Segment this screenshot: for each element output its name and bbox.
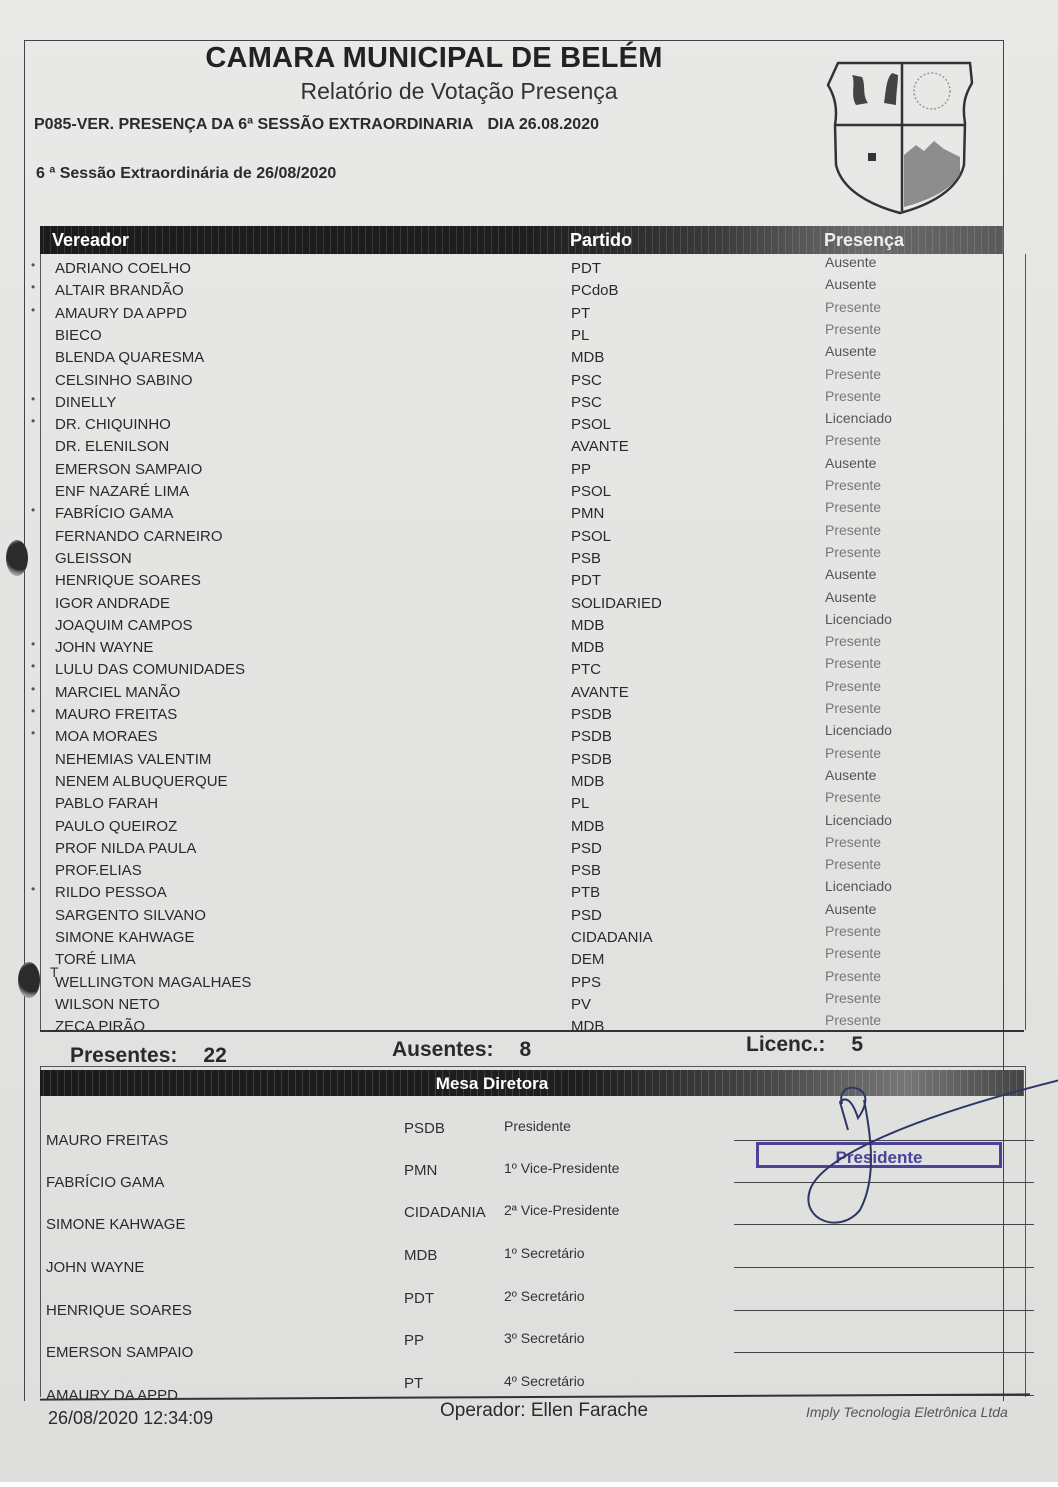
presence-status: Presente [825, 990, 881, 1006]
presence-status: Presente [825, 655, 881, 671]
vereador-name: BIECO [55, 327, 102, 344]
vereador-party: PSOL [571, 483, 611, 500]
column-header-presenca: Presença [824, 230, 904, 251]
member-party: PP [404, 1332, 424, 1349]
member-name: JOHN WAYNE [46, 1259, 144, 1276]
presence-status: Presente [825, 299, 881, 315]
row-marker: • [31, 503, 35, 517]
member-role: 3º Secretário [504, 1330, 585, 1346]
presence-status: Ausente [825, 589, 876, 605]
table-row: BIECOPLPresente [41, 325, 1025, 347]
print-datetime: 26/08/2020 12:34:09 [48, 1408, 213, 1429]
vereador-party: PCdoB [571, 282, 619, 299]
vereador-name: NENEM ALBUQUERQUE [55, 773, 228, 790]
presence-status: Presente [825, 477, 881, 493]
member-name: EMERSON SAMPAIO [46, 1344, 193, 1361]
table-row: DR. ELENILSONAVANTEPresente [41, 436, 1025, 458]
row-marker: • [31, 392, 35, 406]
mesa-member-row: HENRIQUE SOARESPDT2º Secretário [40, 1288, 1030, 1328]
column-header-vereador: Vereador [52, 230, 129, 251]
vereador-name: HENRIQUE SOARES [55, 572, 201, 589]
vereador-name: SARGENTO SILVANO [55, 907, 206, 924]
operator-name: Operador: Ellen Farache [440, 1400, 648, 1422]
presence-status: Licenciado [825, 722, 892, 738]
vereador-name: SIMONE KAHWAGE [55, 929, 194, 946]
vereador-party: AVANTE [571, 438, 629, 455]
vereador-name: BLENDA QUARESMA [55, 349, 204, 366]
vereador-party: PSDB [571, 751, 612, 768]
member-name: FABRÍCIO GAMA [46, 1174, 164, 1191]
member-party: PMN [404, 1162, 437, 1179]
vereador-name: JOAQUIM CAMPOS [55, 617, 193, 634]
totals-divider [40, 1030, 1024, 1032]
mesa-diretora-title: Mesa Diretora [436, 1074, 548, 1093]
page-title: CAMARA MUNICIPAL DE BELÉM [0, 42, 868, 75]
vereador-party: PDT [571, 572, 601, 589]
vereador-party: MDB [571, 349, 604, 366]
presentes-value: 22 [203, 1044, 226, 1067]
vereador-name: NEHEMIAS VALENTIM [55, 751, 211, 768]
margin-mark: T [50, 964, 59, 980]
vereador-name: ZECA PIRÃO [55, 1018, 145, 1035]
vereador-party: PSB [571, 550, 601, 567]
signature-line [734, 1267, 1034, 1268]
presence-status: Presente [825, 522, 881, 538]
vereador-name: DR. ELENILSON [55, 438, 169, 455]
vereador-party: MDB [571, 818, 604, 835]
member-party: PDT [404, 1290, 434, 1307]
presence-status: Presente [825, 745, 881, 761]
table-row: HENRIQUE SOARESPDTAusente [41, 570, 1025, 592]
punch-hole-icon [18, 962, 40, 998]
presence-status: Presente [825, 700, 881, 716]
row-marker: • [31, 682, 35, 696]
vereador-party: PP [571, 461, 591, 478]
vereador-name: RILDO PESSOA [55, 884, 167, 901]
row-marker: • [31, 414, 35, 428]
total-ausentes: Ausentes:8 [392, 1038, 531, 1062]
row-marker: • [31, 280, 35, 294]
member-name: MAURO FREITAS [46, 1132, 168, 1149]
vereador-name: DR. CHIQUINHO [55, 416, 171, 433]
presence-status: Presente [825, 923, 881, 939]
vereador-party: PV [571, 996, 591, 1013]
vereador-party: DEM [571, 951, 604, 968]
member-role: Presidente [504, 1118, 571, 1134]
presence-status: Presente [825, 633, 881, 649]
total-presentes: Presentes:22 [70, 1044, 227, 1068]
vereador-party: PSOL [571, 416, 611, 433]
session-day: DIA 26.08.2020 [488, 116, 599, 133]
vereador-party: PSC [571, 372, 602, 389]
vereador-party: MDB [571, 617, 604, 634]
row-marker: • [31, 726, 35, 740]
vereador-name: ENF NAZARÉ LIMA [55, 483, 189, 500]
member-role: 1º Secretário [504, 1245, 585, 1261]
member-name: HENRIQUE SOARES [46, 1302, 192, 1319]
software-company: Imply Tecnologia Eletrônica Ltda [806, 1404, 1008, 1420]
member-role: 2ª Vice-Presidente [504, 1202, 619, 1218]
vereador-name: WELLINGTON MAGALHAES [55, 974, 251, 991]
presence-status: Ausente [825, 901, 876, 917]
vereador-name: PROF.ELIAS [55, 862, 142, 879]
ausentes-label: Ausentes: [392, 1038, 494, 1061]
city-crest-icon [820, 45, 980, 215]
vereador-name: MAURO FREITAS [55, 706, 177, 723]
presence-status: Ausente [825, 254, 876, 270]
vereador-name: PROF NILDA PAULA [55, 840, 196, 857]
vereador-party: PT [571, 305, 590, 322]
vereador-party: PSOL [571, 528, 611, 545]
presence-status: Licenciado [825, 611, 892, 627]
vereador-party: AVANTE [571, 684, 629, 701]
session-name: 6 ª Sessão Extraordinária de 26/08/2020 [36, 165, 336, 183]
table-row: GLEISSONPSBPresente [41, 548, 1025, 570]
presence-status: Presente [825, 678, 881, 694]
vereador-name: CELSINHO SABINO [55, 372, 193, 389]
member-party: MDB [404, 1247, 437, 1264]
row-marker: • [31, 303, 35, 317]
vereador-party: PL [571, 795, 589, 812]
member-role: 1º Vice-Presidente [504, 1160, 619, 1176]
presence-status: Presente [825, 834, 881, 850]
licenc-label: Licenc.: [746, 1033, 825, 1056]
presence-status: Ausente [825, 455, 876, 471]
vereador-name: JOHN WAYNE [55, 639, 153, 656]
vereador-name: MARCIEL MANÃO [55, 684, 180, 701]
session-code: P085-VER. PRESENÇA DA 6ª SESSÃO EXTRAORD… [34, 116, 474, 133]
vereador-name: PABLO FARAH [55, 795, 158, 812]
licenc-value: 5 [851, 1033, 863, 1056]
presence-status: Presente [825, 789, 881, 805]
vereador-name: WILSON NETO [55, 996, 160, 1013]
presence-status: Presente [825, 499, 881, 515]
table-row: ZECA PIRÃOMDBPresente [41, 1016, 1025, 1038]
presence-status: Licenciado [825, 812, 892, 828]
member-role: 4º Secretário [504, 1373, 585, 1389]
ausentes-value: 8 [520, 1038, 532, 1061]
vereador-party: PSD [571, 907, 602, 924]
vereador-name: PAULO QUEIROZ [55, 818, 177, 835]
vereador-party: MDB [571, 773, 604, 790]
signature-line [734, 1310, 1034, 1311]
session-code-line: P085-VER. PRESENÇA DA 6ª SESSÃO EXTRAORD… [34, 116, 599, 134]
attendance-table: •ADRIANO COELHOPDTAusente•ALTAIR BRANDÃO… [40, 254, 1026, 1030]
vereador-party: PMN [571, 505, 604, 522]
vereador-name: TORÉ LIMA [55, 951, 136, 968]
vereador-party: PL [571, 327, 589, 344]
total-licenciados: Licenc.:5 [746, 1033, 863, 1057]
vereador-name: EMERSON SAMPAIO [55, 461, 202, 478]
vereador-party: PSD [571, 840, 602, 857]
vereador-name: IGOR ANDRADE [55, 595, 170, 612]
presence-status: Licenciado [825, 410, 892, 426]
presence-status: Ausente [825, 767, 876, 783]
presence-status: Presente [825, 388, 881, 404]
member-party: PSDB [404, 1120, 445, 1137]
presence-status: Presente [825, 1012, 881, 1028]
table-row: •ADRIANO COELHOPDTAusente [41, 258, 1025, 280]
presence-status: Ausente [825, 566, 876, 582]
presence-status: Presente [825, 321, 881, 337]
vereador-name: MOA MORAES [55, 728, 158, 745]
presence-status: Presente [825, 366, 881, 382]
vereador-party: PTC [571, 661, 601, 678]
vereador-name: ALTAIR BRANDÃO [55, 282, 184, 299]
vereador-name: GLEISSON [55, 550, 132, 567]
member-party: PT [404, 1375, 423, 1392]
row-marker: • [31, 882, 35, 896]
signature-icon [780, 1060, 1058, 1230]
presence-status: Ausente [825, 343, 876, 359]
report-subtitle: Relatório de Votação Presença [0, 78, 918, 105]
row-marker: • [31, 659, 35, 673]
column-header-partido: Partido [570, 230, 632, 251]
vereador-party: MDB [571, 1018, 604, 1035]
presence-status: Presente [825, 968, 881, 984]
vereador-name: DINELLY [55, 394, 116, 411]
vereador-party: PPS [571, 974, 601, 991]
signature-line [734, 1352, 1034, 1353]
table-row: NEHEMIAS VALENTIMPSDBPresente [41, 749, 1025, 771]
member-name: AMAURY DA APPD [46, 1387, 178, 1404]
presence-status: Presente [825, 544, 881, 560]
vereador-party: PSB [571, 862, 601, 879]
presence-status: Licenciado [825, 878, 892, 894]
vereador-party: PSC [571, 394, 602, 411]
punch-hole-icon [6, 540, 28, 576]
vereador-party: PDT [571, 260, 601, 277]
member-name: SIMONE KAHWAGE [46, 1216, 185, 1233]
vereador-party: PSDB [571, 728, 612, 745]
presence-status: Presente [825, 432, 881, 448]
vereador-party: PSDB [571, 706, 612, 723]
member-party: CIDADANIA [404, 1204, 486, 1221]
vereador-name: ADRIANO COELHO [55, 260, 191, 277]
presence-status: Ausente [825, 276, 876, 292]
presence-status: Presente [825, 945, 881, 961]
vereador-party: PTB [571, 884, 600, 901]
vereador-name: FABRÍCIO GAMA [55, 505, 173, 522]
row-marker: • [31, 258, 35, 272]
table-header: Vereador Partido Presença [40, 226, 1004, 254]
presence-status: Presente [825, 856, 881, 872]
vereador-party: MDB [571, 639, 604, 656]
vereador-party: CIDADANIA [571, 929, 653, 946]
vereador-name: LULU DAS COMUNIDADES [55, 661, 245, 678]
vereador-party: SOLIDARIED [571, 595, 662, 612]
row-marker: • [31, 637, 35, 651]
row-marker: • [31, 704, 35, 718]
vereador-name: FERNANDO CARNEIRO [55, 528, 223, 545]
member-role: 2º Secretário [504, 1288, 585, 1304]
presentes-label: Presentes: [70, 1044, 177, 1067]
mesa-member-row: EMERSON SAMPAIOPP3º Secretário [40, 1330, 1030, 1370]
mesa-member-row: JOHN WAYNEMDB1º Secretário [40, 1245, 1030, 1285]
table-row: •RILDO PESSOAPTBLicenciado [41, 882, 1025, 904]
vereador-name: AMAURY DA APPD [55, 305, 187, 322]
